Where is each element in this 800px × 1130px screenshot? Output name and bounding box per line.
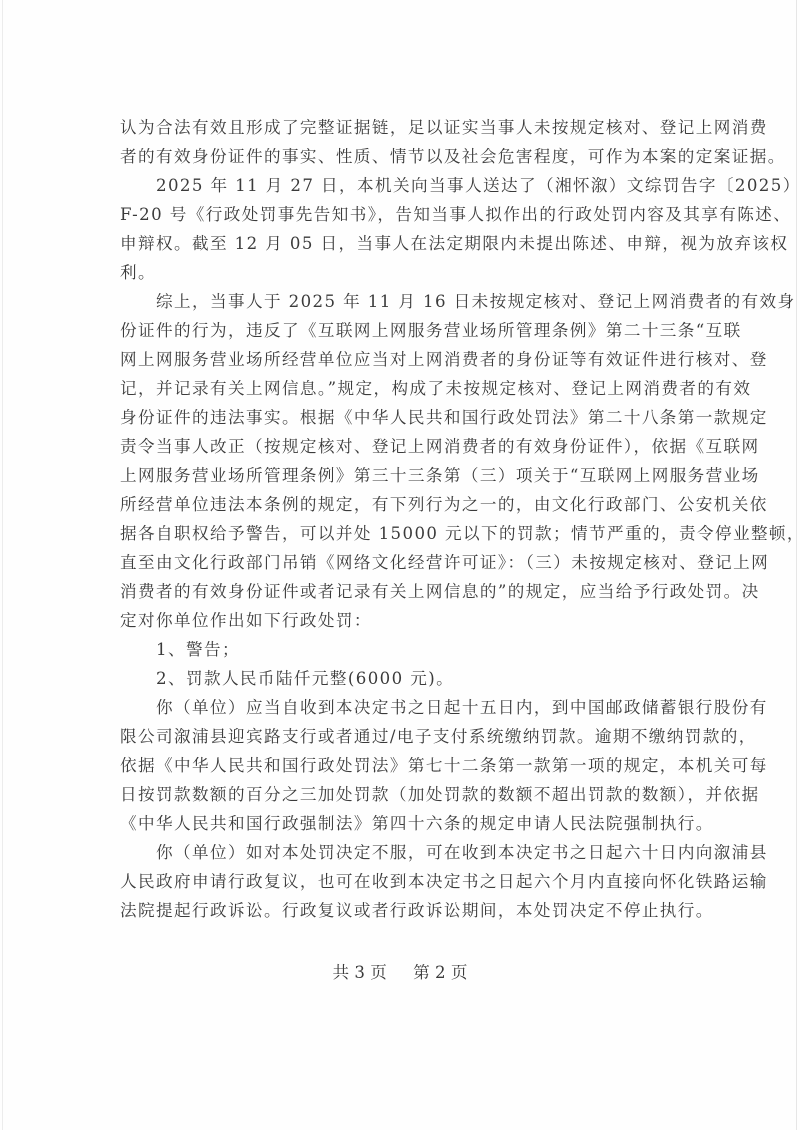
paragraph-line: 依据《中华人民共和国行政处罚法》第七十二条第一款第一项的规定，本机关可每 (120, 755, 688, 777)
paragraph-line: 综上，当事人于 2025 年 11 月 16 日未按规定核对、登记上网消费者的有… (156, 291, 688, 313)
paragraph-line: 份证件的行为，违反了《互联网上网服务营业场所管理条例》第二十三条“互联 (120, 320, 688, 342)
paragraph-line: 网上网服务营业场所经营单位应当对上网消费者的身份证等有效证件进行核对、登 (120, 349, 688, 371)
document-page: 认为合法有效且形成了完整证据链，足以证实当事人未按规定核对、登记上网消费 者的有… (0, 0, 800, 1130)
paragraph-line: 上网服务营业场所管理条例》第三十三条第（三）项关于“互联网上网服务营业场 (120, 465, 688, 487)
paragraph-line: 责令当事人改正（按规定核对、登记上网消费者的有效身份证件），依据《互联网 (120, 436, 688, 458)
paragraph-line: 认为合法有效且形成了完整证据链，足以证实当事人未按规定核对、登记上网消费 (120, 117, 688, 139)
paragraph-line: 据各自职权给予警告，可以并处 15000 元以下的罚款；情节严重的，责令停业整顿… (120, 523, 688, 545)
paragraph-line: 《中华人民共和国行政强制法》第四十六条的规定申请人民法院强制执行。 (120, 813, 688, 835)
paragraph-line: 限公司溆浦县迎宾路支行或者通过/电子支付系统缴纳罚款。逾期不缴纳罚款的， (120, 726, 688, 748)
penalty-item-warning: 1、警告； (156, 639, 556, 661)
paragraph-line: 日按罚款数额的百分之三加处罚款（加处罚款的数额不超出罚款的数额），并依据 (120, 784, 688, 806)
paragraph-line: 你（单位）如对本处罚决定不服，可在收到本决定书之日起六十日内向溆浦县 (156, 842, 688, 864)
paragraph-line: 身份证件的违法事实。根据《中华人民共和国行政处罚法》第二十八条第一款规定 (120, 407, 688, 429)
paragraph-line: 你（单位）应当自收到本决定书之日起十五日内，到中国邮政储蓄银行股份有 (156, 697, 688, 719)
paragraph-line: 利。 (120, 262, 688, 284)
paragraph-line: 消费者的有效身份证件或者记录有关上网信息的”的规定，应当给予行政处罚。决 (120, 581, 688, 603)
paragraph-line: F-20 号《行政处罚事先告知书》，告知当事人拟作出的行政处罚内容及其享有陈述、 (120, 204, 688, 226)
page-edge-right (796, 0, 797, 1130)
paragraph-line: 直至由文化行政部门吊销《网络文化经营许可证》：（三）未按规定核对、登记上网 (120, 552, 688, 574)
paragraph-line: 所经营单位违法本条例的规定，有下列行为之一的，由文化行政部门、公安机关依 (120, 494, 688, 516)
paragraph-line: 2025 年 11 月 27 日，本机关向当事人送达了（湘怀溆）文综罚告字〔20… (156, 175, 688, 197)
paragraph-line: 法院提起行政诉讼。行政复议或者行政诉讼期间，本处罚决定不停止执行。 (120, 900, 688, 922)
paragraph-line: 人民政府申请行政复议，也可在收到本决定书之日起六个月内直接向怀化铁路运输 (120, 871, 688, 893)
paragraph-line: 者的有效身份证件的事实、性质、情节以及社会危害程度，可作为本案的定案证据。 (120, 146, 688, 168)
penalty-item-fine: 2、罚款人民币陆仟元整(6000 元)。 (156, 668, 556, 690)
paragraph-line: 定对你单位作出如下行政处罚： (120, 610, 688, 632)
page-number-footer: 共 3 页 第 2 页 (0, 962, 800, 984)
paragraph-line: 记，并记录有关上网信息。”规定，构成了未按规定核对、登记上网消费者的有效 (120, 378, 688, 400)
paragraph-line: 申辩权。截至 12 月 05 日，当事人在法定期限内未提出陈述、申辩，视为放弃该… (120, 233, 688, 255)
page-edge-left (2, 0, 3, 1130)
